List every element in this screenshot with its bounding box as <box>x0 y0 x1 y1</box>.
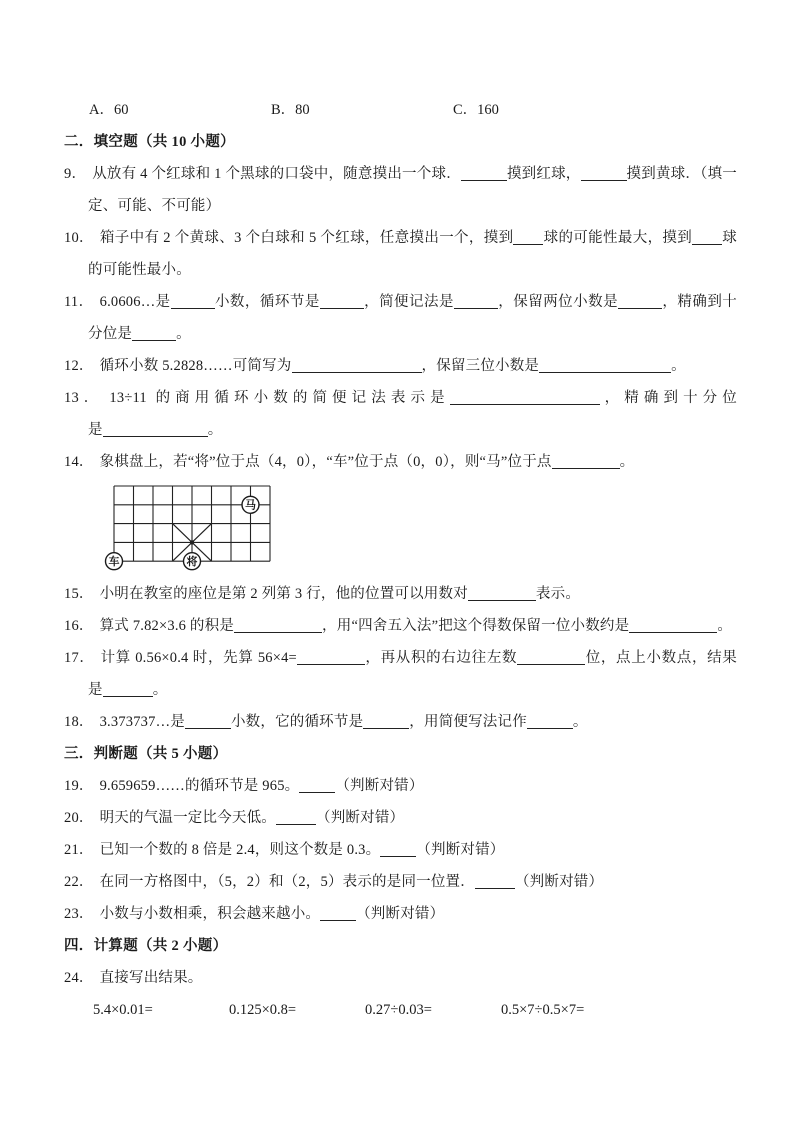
question-text: 象棋盘上，若“将”位于点（4，0），“车”位于点（0，0），则“马”位于点 <box>100 454 552 470</box>
question-text: 明天的气温一定比今天低。 <box>100 810 276 826</box>
question-text: 。 <box>176 326 191 342</box>
blank-field <box>581 166 627 181</box>
question-number: 18． <box>64 714 100 730</box>
question-10-line-1: 的可能性最小。 <box>64 254 737 286</box>
question-11-line-1: 分位是。 <box>64 318 737 350</box>
question-text: ，保留两位小数是 <box>498 294 618 310</box>
question-text: 。 <box>717 618 732 634</box>
question-text: 球的可能性最大，摸到 <box>543 230 692 246</box>
blank-field <box>552 454 620 469</box>
question-text: 3.373737…是 <box>100 714 185 730</box>
answer-option-2: C．160 <box>453 94 635 126</box>
question-text: 。 <box>620 454 635 470</box>
question-text: 摸到红球， <box>507 166 581 182</box>
question-text: 13÷11 的商用循环小数的简便记法表示是 <box>109 390 449 406</box>
question-number: 21． <box>64 842 100 858</box>
question-text: ，用“四舍五入法”把这个得数保留一位小数约是 <box>322 618 629 634</box>
chess-piece-label: 车 <box>109 554 120 568</box>
question-20-line-0: 20．明天的气温一定比今天低。（判断对错） <box>64 802 737 834</box>
answer-option-1: B．80 <box>271 94 453 126</box>
question-13: 13．13÷11 的商用循环小数的简便记法表示是，精确到十分位是。 <box>64 382 737 446</box>
question-text: ，精确到十分位 <box>600 390 737 406</box>
blank-field <box>234 618 322 633</box>
question-number: 11． <box>64 294 100 310</box>
question-text: 的可能性最小。 <box>88 262 191 278</box>
question-14: 14．象棋盘上，若“将”位于点（4，0），“车”位于点（0，0），则“马”位于点… <box>64 446 737 478</box>
question-15-line-0: 15．小明在教室的座位是第 2 列第 3 行，他的位置可以用数对表示。 <box>64 578 737 610</box>
question-text: 小数与小数相乘，积会越来越小。 <box>100 906 321 922</box>
question-text: 位，点上小数点，结果 <box>585 650 737 666</box>
calc-item-1: 0.125×0.8= <box>229 994 365 1027</box>
blank-field <box>527 714 573 729</box>
question-text: 表示。 <box>536 586 580 602</box>
answer-option-0: A．60 <box>89 94 271 126</box>
blank-field <box>468 586 536 601</box>
question-17-line-0: 17．计算 0.56×0.4 时，先算 56×4=，再从积的右边往左数位，点上小… <box>64 642 737 674</box>
chess-piece-chariot: 车 <box>106 553 123 570</box>
question-21-line-0: 21．已知一个数的 8 倍是 2.4，则这个数是 0.3。（判断对错） <box>64 834 737 866</box>
question-text: 是 <box>88 682 103 698</box>
blank-field <box>363 714 409 729</box>
question-number: 17． <box>64 650 101 666</box>
blank-field <box>103 422 208 437</box>
question-text: 算式 7.82×3.6 的积是 <box>100 618 234 634</box>
question-10-line-0: 10．箱子中有 2 个黄球、3 个白球和 5 个红球，任意摸出一个，摸到球的可能… <box>64 222 737 254</box>
question-text: 球 <box>722 230 737 246</box>
blank-field <box>320 294 364 309</box>
blank-field <box>292 358 422 373</box>
question-text: ，精确到十 <box>662 294 737 310</box>
question-text: ，用简便写法记作 <box>409 714 527 730</box>
question-text: 箱子中有 2 个黄球、3 个白球和 5 个红球，任意摸出一个，摸到 <box>100 230 514 246</box>
blank-field <box>185 714 231 729</box>
blank-field <box>629 618 717 633</box>
blank-field <box>517 650 585 665</box>
question-text: 是 <box>88 422 103 438</box>
calc-item-0: 5.4×0.01= <box>93 994 229 1027</box>
blank-field <box>380 842 416 857</box>
question-23: 23．小数与小数相乘，积会越来越小。（判断对错） <box>64 898 737 930</box>
blank-field <box>692 230 722 245</box>
question-12-line-0: 12．循环小数 5.2828……可简写为，保留三位小数是。 <box>64 350 737 382</box>
blank-field <box>450 390 600 405</box>
question-text: 6.0606…是 <box>100 294 171 310</box>
question-20: 20．明天的气温一定比今天低。（判断对错） <box>64 802 737 834</box>
calc-item-3: 0.5×7÷0.5×7= <box>501 994 637 1027</box>
question-text: （判断对错） <box>356 906 444 922</box>
question-24: 24．直接写出结果。 <box>64 962 737 994</box>
blank-field <box>299 778 335 793</box>
question-15: 15．小明在教室的座位是第 2 列第 3 行，他的位置可以用数对表示。 <box>64 578 737 610</box>
blank-field <box>103 682 153 697</box>
blank-field <box>320 906 356 921</box>
question-number: 9． <box>64 166 92 182</box>
blank-field <box>276 810 316 825</box>
question-9: 9．从放有 4 个红球和 1 个黑球的口袋中，随意摸出一个球．摸到红球，摸到黄球… <box>64 158 737 222</box>
calc-item-2: 0.27÷0.03= <box>365 994 501 1027</box>
question-text: 循环小数 5.2828……可简写为 <box>100 358 292 374</box>
question-text: 小明在教室的座位是第 2 列第 3 行，他的位置可以用数对 <box>100 586 468 602</box>
question-text: 。 <box>208 422 223 438</box>
question-11-line-0: 11．6.0606…是小数，循环节是，简便记法是，保留两位小数是，精确到十 <box>64 286 737 318</box>
question-number: 22． <box>64 874 100 890</box>
question-22-line-0: 22．在同一方格图中，（5，2）和（2，5）表示的是同一位置．（判断对错） <box>64 866 737 898</box>
question-14-line-0: 14．象棋盘上，若“将”位于点（4，0），“车”位于点（0，0），则“马”位于点… <box>64 446 737 478</box>
question-19: 19．9.659659……的循环节是 965。（判断对错） <box>64 770 737 802</box>
question-17: 17．计算 0.56×0.4 时，先算 56×4=，再从积的右边往左数位，点上小… <box>64 642 737 706</box>
question-17-line-1: 是。 <box>64 674 737 706</box>
question-text: （判断对错） <box>515 874 603 890</box>
question-text: ，保留三位小数是 <box>422 358 540 374</box>
question-text: 在同一方格图中，（5，2）和（2，5）表示的是同一位置． <box>100 874 475 890</box>
question-13-line-1: 是。 <box>64 414 737 446</box>
question-text: ，简便记法是 <box>364 294 454 310</box>
question-number: 16． <box>64 618 100 634</box>
question-18-line-0: 18．3.373737…是小数，它的循环节是，用简便写法记作。 <box>64 706 737 738</box>
chess-piece-label: 将 <box>187 554 198 568</box>
question-22: 22．在同一方格图中，（5，2）和（2，5）表示的是同一位置．（判断对错） <box>64 866 737 898</box>
question-number: 12． <box>64 358 100 374</box>
question-12: 12．循环小数 5.2828……可简写为，保留三位小数是。 <box>64 350 737 382</box>
blank-field <box>618 294 662 309</box>
question-16: 16．算式 7.82×3.6 的积是，用“四舍五入法”把这个得数保留一位小数约是… <box>64 610 737 642</box>
question-23-line-0: 23．小数与小数相乘，积会越来越小。（判断对错） <box>64 898 737 930</box>
chessboard-figure: 马车将 <box>64 478 737 578</box>
question-text: （判断对错） <box>316 810 404 826</box>
question-21: 21．已知一个数的 8 倍是 2.4，则这个数是 0.3。（判断对错） <box>64 834 737 866</box>
blank-field <box>132 326 176 341</box>
question-19-line-0: 19．9.659659……的循环节是 965。（判断对错） <box>64 770 737 802</box>
question-16-line-0: 16．算式 7.82×3.6 的积是，用“四舍五入法”把这个得数保留一位小数约是… <box>64 610 737 642</box>
chess-piece-label: 马 <box>245 498 256 512</box>
blank-field <box>461 166 507 181</box>
question-9-line-1: 定、可能、不可能） <box>64 190 737 222</box>
question-text: 从放有 4 个红球和 1 个黑球的口袋中，随意摸出一个球． <box>92 166 461 182</box>
question-text: 计算 0.56×0.4 时，先算 56×4= <box>101 650 297 666</box>
question-10: 10．箱子中有 2 个黄球、3 个白球和 5 个红球，任意摸出一个，摸到球的可能… <box>64 222 737 286</box>
question-24-line-0: 24．直接写出结果。 <box>64 962 737 994</box>
question-number: 24． <box>64 970 100 986</box>
question-text: （判断对错） <box>416 842 504 858</box>
question-number: 20． <box>64 810 100 826</box>
question-text: 。 <box>671 358 686 374</box>
question-text: 分位是 <box>88 326 132 342</box>
blank-field <box>475 874 515 889</box>
chess-piece-general: 将 <box>184 553 201 570</box>
question-number: 15． <box>64 586 100 602</box>
question-text: 定、可能、不可能） <box>88 198 220 214</box>
section-heading: 三．判断题（共 5 小题） <box>64 738 737 770</box>
calculation-row: 5.4×0.01=0.125×0.8=0.27÷0.03=0.5×7÷0.5×7… <box>64 994 737 1027</box>
question-9-line-0: 9．从放有 4 个红球和 1 个黑球的口袋中，随意摸出一个球．摸到红球，摸到黄球… <box>64 158 737 190</box>
section-heading: 四．计算题（共 2 小题） <box>64 930 737 962</box>
question-text: 。 <box>573 714 588 730</box>
question-11: 11．6.0606…是小数，循环节是，简便记法是，保留两位小数是，精确到十分位是… <box>64 286 737 350</box>
chess-piece-horse: 马 <box>242 496 259 513</box>
blank-field <box>539 358 671 373</box>
question-13-line-0: 13．13÷11 的商用循环小数的简便记法表示是，精确到十分位 <box>64 382 737 414</box>
question-text: 9.659659……的循环节是 965。 <box>100 778 300 794</box>
worksheet-page: A．60B．80C．160二．填空题（共 10 小题）9．从放有 4 个红球和 … <box>0 0 793 1122</box>
question-text: 。 <box>153 682 168 698</box>
question-number: 19． <box>64 778 100 794</box>
blank-field <box>454 294 498 309</box>
blank-field <box>171 294 215 309</box>
blank-field <box>513 230 543 245</box>
question-text: 小数，循环节是 <box>215 294 320 310</box>
question-text: （判断对错） <box>335 778 423 794</box>
question-number: 23． <box>64 906 100 922</box>
section-heading: 二．填空题（共 10 小题） <box>64 126 737 158</box>
question-text: 直接写出结果。 <box>100 970 203 986</box>
blank-field <box>297 650 365 665</box>
question-number: 13． <box>64 390 109 406</box>
palace-center-dot <box>190 540 194 544</box>
answer-options-row: A．60B．80C．160 <box>64 94 737 126</box>
question-text: 小数，它的循环节是 <box>231 714 363 730</box>
question-text: ，再从积的右边往左数 <box>365 650 517 666</box>
chessboard-svg: 马车将 <box>102 480 282 576</box>
question-18: 18．3.373737…是小数，它的循环节是，用简便写法记作。 <box>64 706 737 738</box>
question-text: 已知一个数的 8 倍是 2.4，则这个数是 0.3。 <box>100 842 381 858</box>
question-number: 10． <box>64 230 100 246</box>
question-number: 14． <box>64 454 100 470</box>
question-text: 摸到黄球．（填一 <box>627 166 737 182</box>
